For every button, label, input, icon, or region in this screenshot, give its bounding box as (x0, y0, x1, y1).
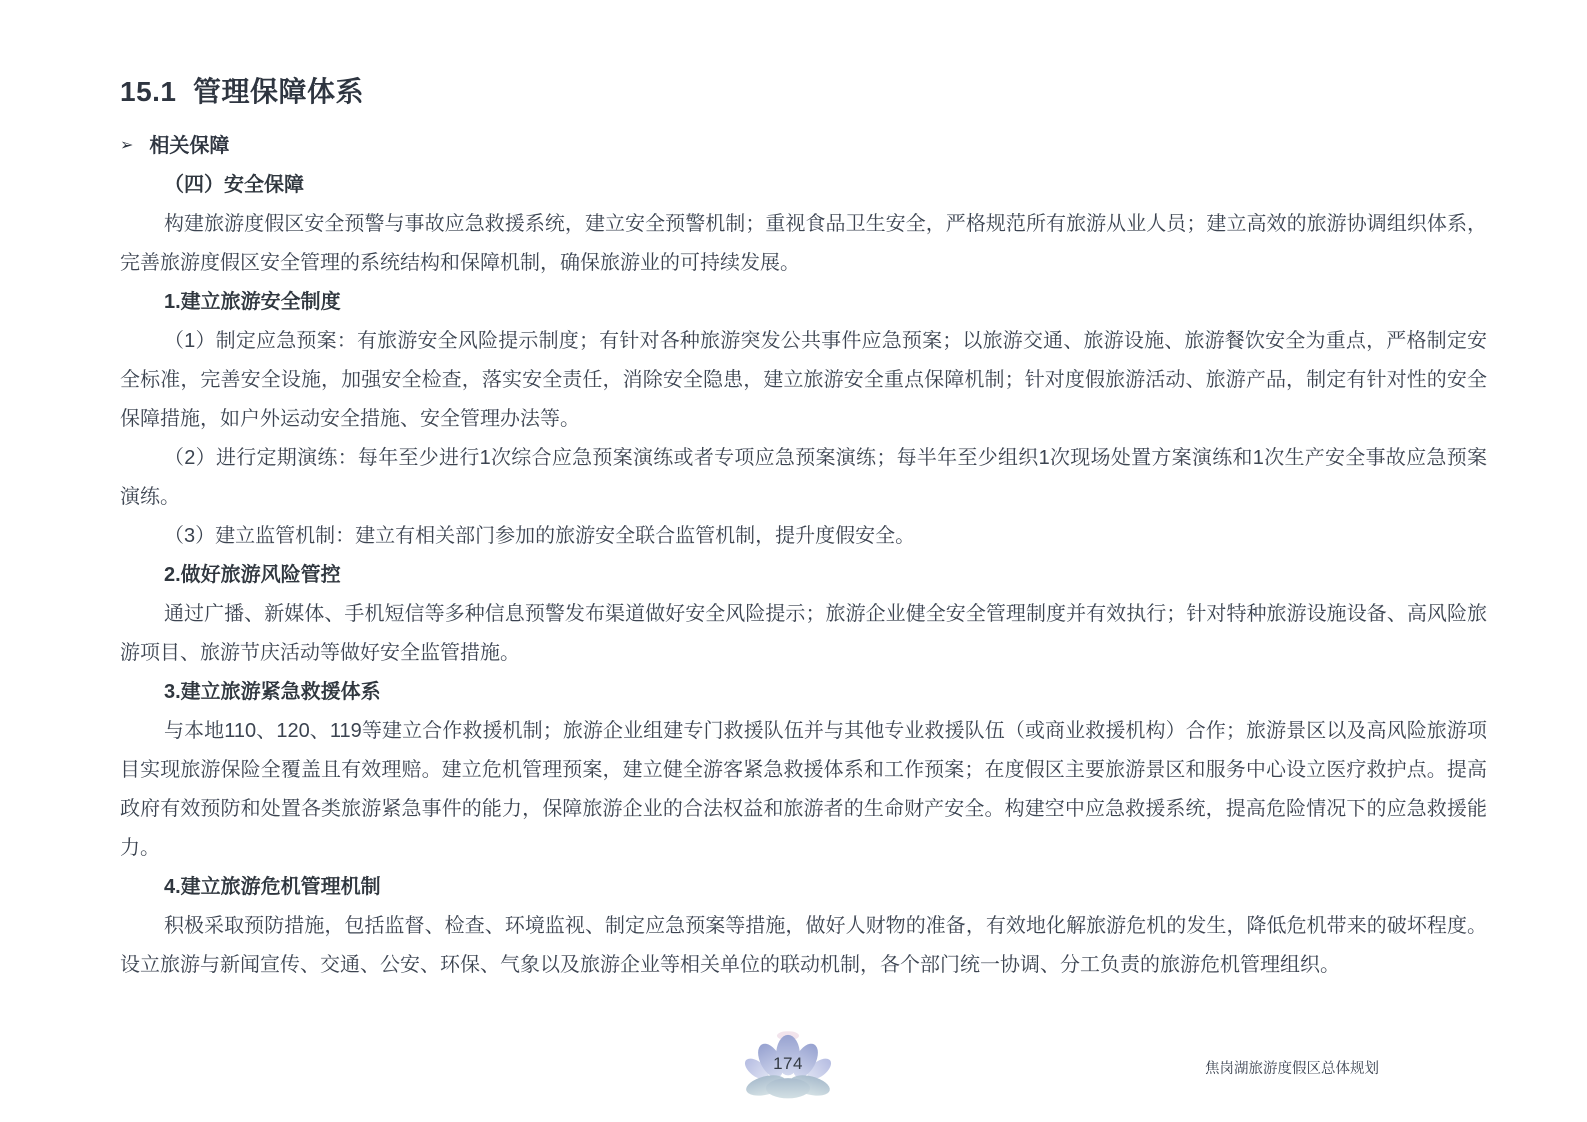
subheading-1-system: 1.建立旅游安全制度 (120, 283, 1487, 322)
bullet-heading-label: 相关保障 (149, 127, 229, 166)
document-page: 15.1 管理保障体系 ➢ 相关保障 （四）安全保障 构建旅游度假区安全预警与事… (0, 0, 1587, 1122)
page-number: 174 (742, 1054, 834, 1074)
document-body: （四）安全保障 构建旅游度假区安全预警与事故应急救援系统，建立安全预警机制；重视… (120, 166, 1487, 985)
lotus-logo: 174 (742, 1028, 834, 1108)
subheading-4-safety: （四）安全保障 (120, 166, 1487, 205)
bullet-heading: ➢ 相关保障 (120, 127, 1487, 166)
paragraph-item-3: （3）建立监管机制：建立有相关部门参加的旅游安全联合监管机制，提升度假安全。 (120, 517, 1487, 556)
footer-doc-title: 焦岗湖旅游度假区总体规划 (1205, 1057, 1379, 1078)
subheading-4-crisis: 4.建立旅游危机管理机制 (120, 868, 1487, 907)
document-content: 15.1 管理保障体系 ➢ 相关保障 （四）安全保障 构建旅游度假区安全预警与事… (120, 70, 1487, 985)
subheading-2-risk: 2.做好旅游风险管控 (120, 556, 1487, 595)
paragraph-item-2: （2）进行定期演练：每年至少进行1次综合应急预案演练或者专项应急预案演练；每半年… (120, 439, 1487, 517)
page-title: 15.1 管理保障体系 (120, 70, 1487, 110)
arrow-bullet-icon: ➢ (120, 126, 133, 165)
paragraph-rescue: 与本地110、120、119等建立合作救援机制；旅游企业组建专门救援队伍并与其他… (120, 712, 1487, 868)
paragraph-intro: 构建旅游度假区安全预警与事故应急救援系统，建立安全预警机制；重视食品卫生安全，严… (120, 205, 1487, 283)
paragraph-item-1: （1）制定应急预案：有旅游安全风险提示制度；有针对各种旅游突发公共事件应急预案；… (120, 322, 1487, 439)
paragraph-crisis: 积极采取预防措施，包括监督、检查、环境监视、制定应急预案等措施，做好人财物的准备… (120, 907, 1487, 985)
subheading-3-rescue: 3.建立旅游紧急救援体系 (120, 673, 1487, 712)
paragraph-risk: 通过广播、新媒体、手机短信等多种信息预警发布渠道做好安全风险提示；旅游企业健全安… (120, 595, 1487, 673)
